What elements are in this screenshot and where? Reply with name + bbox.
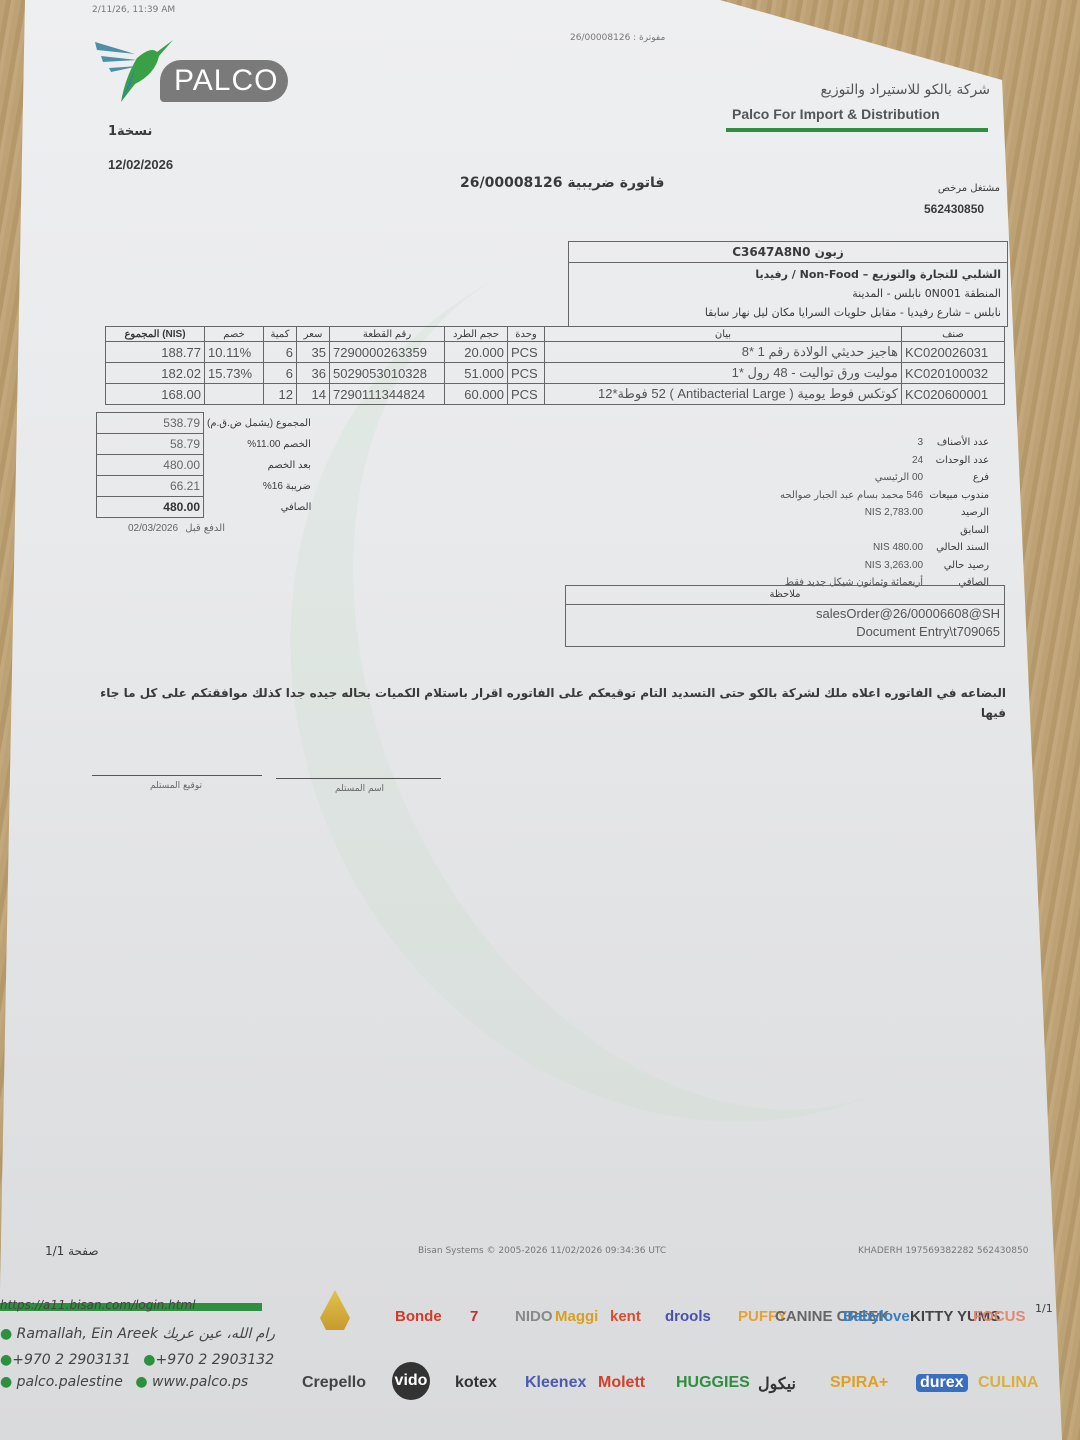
- summary-value: 3,263.00 NIS: [865, 557, 923, 575]
- cell-qty: 12: [264, 384, 297, 405]
- cell-barcode: 5029053010328: [330, 363, 445, 384]
- customer-box: زبون C3647A8N0 الشلبي للتجارة والتوزيع –…: [568, 241, 1008, 327]
- summary-row: عدد الأصناف3: [780, 434, 989, 452]
- cell-total: 182.02: [106, 363, 205, 384]
- brand-logo: kotex: [455, 1374, 497, 1392]
- summary-label: السند الحالي: [929, 539, 989, 557]
- cell-unit: PCS: [508, 384, 545, 405]
- summary-row: فرع00 الرئيسي: [780, 469, 989, 487]
- footer-phones: ●+970 2 2903131 ●+970 2 2903132: [0, 1352, 274, 1368]
- cell-code: KC020600001: [902, 384, 1005, 405]
- signature-label: توقيع المستلم: [150, 781, 202, 791]
- facebook-icon: ●: [0, 1374, 12, 1390]
- summary-label: عدد الوحدات: [929, 452, 989, 470]
- summary-label: الرصيد السابق: [929, 504, 989, 539]
- company-name-ar: شركة بالكو للاستيراد والتوزيع: [720, 82, 990, 98]
- brand-logo: HUGGIES: [676, 1374, 750, 1392]
- cell-price: 35: [297, 342, 330, 363]
- totals-row: 480.00بعد الخصم: [97, 455, 315, 476]
- cell-discount: 15.73%: [205, 363, 264, 384]
- brand-logo: kent: [610, 1308, 641, 1325]
- table-row: 188.7710.11%635729000026335920.000PCSهاج…: [106, 342, 1005, 363]
- footer-web: ● palco.palestine ● www.palco.ps: [0, 1374, 248, 1390]
- phone-1[interactable]: +970 2 2903131: [12, 1352, 131, 1368]
- col-unit: وحدة: [508, 327, 545, 342]
- cell-pack-size: 51.000: [445, 363, 508, 384]
- summary-row: السند الحالي480.00 NIS: [780, 539, 989, 557]
- total-label: بعد الخصم: [204, 455, 315, 476]
- col-pack-size: حجم الطرد: [445, 327, 508, 342]
- customer-id: زبون C3647A8N0: [569, 242, 1007, 263]
- summary-row: عدد الوحدات24: [780, 452, 989, 470]
- copy-label: نسخة1: [108, 124, 152, 139]
- total-label: ضريبة 16%: [204, 476, 315, 497]
- cell-unit: PCS: [508, 363, 545, 384]
- cell-description: موليت ورق تواليت - 48 رول *1: [545, 363, 902, 384]
- user-stamp: KHADERH 197569382282 562430850: [858, 1246, 1028, 1256]
- invoice-title: فاتورة ضريبية 26/00008126: [460, 175, 664, 191]
- total-value: 480.00: [97, 455, 204, 476]
- print-invoice-ref: مفوترة : 26/00008126: [570, 33, 665, 43]
- footer-address: ● Ramallah, Ein Areek رام الله، عين عريك: [0, 1326, 275, 1342]
- brand-logo: Crepello: [302, 1374, 366, 1392]
- totals-row: 480.00الصافي: [97, 497, 315, 518]
- col-discount: خصم: [205, 327, 264, 342]
- cell-description: هاجيز حديثي الولادة رقم 1 *8: [545, 342, 902, 363]
- footer-url[interactable]: https://a11.bisan.com/login.html: [0, 1298, 195, 1312]
- due-date-value: 02/03/2026: [128, 523, 178, 534]
- brand-logo: FOCUS: [973, 1308, 1026, 1325]
- notes-label: ملاحظة: [566, 586, 1004, 605]
- notes-document-entry: Document Entry\t709065: [566, 623, 1000, 641]
- print-timestamp: 2/11/26, 11:39 AM: [92, 5, 175, 15]
- brand-logo: drools: [665, 1308, 711, 1325]
- summary-value: 546 محمد بسام عبد الجبار صوالحه: [780, 487, 923, 505]
- summary-label: مندوب مبيعات: [929, 487, 989, 505]
- location-icon: ●: [0, 1326, 12, 1342]
- whatsapp-icon: ●: [143, 1352, 155, 1368]
- summary-value: 3: [918, 434, 924, 452]
- disclaimer-text: البضاعه في الفاتوره اعلاه ملك لشركة بالك…: [86, 683, 1006, 723]
- cell-discount: 10.11%: [205, 342, 264, 363]
- total-value: 58.79: [97, 434, 204, 455]
- total-label: المجموع (يشمل ض.ق.م): [204, 413, 315, 434]
- total-value: 66.21: [97, 476, 204, 497]
- company-underline: [726, 128, 988, 132]
- items-table: المجموع (NIS) خصم كمية سعر رقم القطعة حج…: [105, 326, 1005, 405]
- name-line: [276, 778, 441, 779]
- web-icon: ●: [135, 1374, 147, 1390]
- total-value: 538.79: [97, 413, 204, 434]
- brand-logo: Babylove: [843, 1308, 910, 1325]
- summary-row: مندوب مبيعات546 محمد بسام عبد الجبار صوا…: [780, 487, 989, 505]
- brand-logo: 7: [470, 1308, 478, 1325]
- brand-logo: Maggi: [555, 1308, 598, 1325]
- cell-pack-size: 20.000: [445, 342, 508, 363]
- summary-value: 480.00 NIS: [873, 539, 923, 557]
- company-name-en: Palco For Import & Distribution: [732, 106, 940, 122]
- cell-total: 168.00: [106, 384, 205, 405]
- summary-value: 2,783.00 NIS: [865, 504, 923, 539]
- totals-table: 538.79المجموع (يشمل ض.ق.م)58.79الخصم 11.…: [96, 412, 315, 518]
- system-stamp: Bisan Systems © 2005-2026 11/02/2026 09:…: [418, 1246, 666, 1256]
- due-date: 02/03/2026 الدفع قبل: [128, 523, 225, 534]
- cell-barcode: 7290000263359: [330, 342, 445, 363]
- cell-qty: 6: [264, 363, 297, 384]
- customer-name: الشلبي للتجارة والتوزيع – Non-Food / رفي…: [575, 265, 1001, 284]
- total-label: الصافي: [204, 497, 315, 518]
- customer-region: المنطقة 0N001 نابلس - المدينة: [575, 284, 1001, 303]
- notes-sales-order: salesOrder@26/00006608@SH: [566, 605, 1000, 623]
- name-label: اسم المستلم: [335, 784, 384, 794]
- cell-unit: PCS: [508, 342, 545, 363]
- col-barcode: رقم القطعة: [330, 327, 445, 342]
- totals-row: 66.21ضريبة 16%: [97, 476, 315, 497]
- summary-value: 24: [912, 452, 923, 470]
- licensed-dealer-label: مشتغل مرخص: [900, 183, 1000, 194]
- cell-qty: 6: [264, 342, 297, 363]
- phone-icon: ●: [0, 1352, 12, 1368]
- cell-barcode: 7290111344824: [330, 384, 445, 405]
- cell-pack-size: 60.000: [445, 384, 508, 405]
- palco-logo: PALCO: [160, 60, 288, 102]
- summary-label: رصيد حالي: [929, 557, 989, 575]
- col-total: المجموع (NIS): [106, 327, 205, 342]
- totals-row: 538.79المجموع (يشمل ض.ق.م): [97, 413, 315, 434]
- cell-discount: [205, 384, 264, 405]
- cell-code: KC020026031: [902, 342, 1005, 363]
- brand-logo: SPIRA+: [830, 1374, 888, 1392]
- col-code: صنف: [902, 327, 1005, 342]
- brand-logo: Kleenex: [525, 1374, 586, 1392]
- table-row: 168.001214729011134482460.000PCSكوتكس فو…: [106, 384, 1005, 405]
- brand-logo: Molett: [598, 1374, 645, 1392]
- page-corner: 1/1: [1035, 1302, 1053, 1315]
- cell-price: 14: [297, 384, 330, 405]
- cell-description: كوتكس فوط يومية ( Antibacterial Large ) …: [545, 384, 902, 405]
- totals-row: 58.79الخصم 11.00%: [97, 434, 315, 455]
- brand-logo: vido: [392, 1362, 430, 1400]
- summary-label: فرع: [929, 469, 989, 487]
- cell-code: KC020100032: [902, 363, 1005, 384]
- invoice-paper: 2/11/26, 11:39 AM مفوترة : 26/00008126 P…: [0, 0, 1062, 1440]
- website-link[interactable]: www.palco.ps: [152, 1374, 248, 1390]
- summary-label: عدد الأصناف: [929, 434, 989, 452]
- brand-logo: CULINA: [978, 1374, 1038, 1392]
- table-row: 182.0215.73%636502905301032851.000PCSمول…: [106, 363, 1005, 384]
- brand-logo: NIDO: [515, 1308, 553, 1325]
- brand-logo: durex: [916, 1374, 968, 1392]
- invoice-summary: عدد الأصناف3عدد الوحدات24فرع00 الرئيسيمن…: [780, 434, 989, 592]
- notes-box: ملاحظة salesOrder@26/00006608@SH Documen…: [565, 585, 1005, 647]
- col-price: سعر: [297, 327, 330, 342]
- table-header-row: المجموع (NIS) خصم كمية سعر رقم القطعة حج…: [106, 327, 1005, 342]
- summary-value: 00 الرئيسي: [875, 469, 923, 487]
- brand-logo: Bonde: [395, 1308, 442, 1325]
- licensed-dealer-number: 562430850: [924, 202, 984, 216]
- signature-line: [92, 775, 262, 776]
- summary-row: الرصيد السابق2,783.00 NIS: [780, 504, 989, 539]
- cell-price: 36: [297, 363, 330, 384]
- col-description: بيان: [545, 327, 902, 342]
- due-date-label: الدفع قبل: [185, 523, 225, 534]
- social-handle[interactable]: palco.palestine: [17, 1374, 123, 1390]
- customer-address: نابلس – شارع رفيديا - مقابل حلويات السرا…: [575, 303, 1001, 322]
- brand-logo: نيكول: [758, 1374, 796, 1394]
- page-number: صفحة 1/1: [45, 1244, 99, 1258]
- total-label: الخصم 11.00%: [204, 434, 315, 455]
- total-value: 480.00: [97, 497, 204, 518]
- footer-address-text: Ramallah, Ein Areek رام الله، عين عريك: [17, 1326, 275, 1342]
- phone-2[interactable]: +970 2 2903132: [156, 1352, 275, 1368]
- col-qty: كمية: [264, 327, 297, 342]
- cell-total: 188.77: [106, 342, 205, 363]
- invoice-date: 12/02/2026: [108, 157, 173, 172]
- summary-row: رصيد حالي3,263.00 NIS: [780, 557, 989, 575]
- bisan-sail-logo: [320, 1290, 350, 1330]
